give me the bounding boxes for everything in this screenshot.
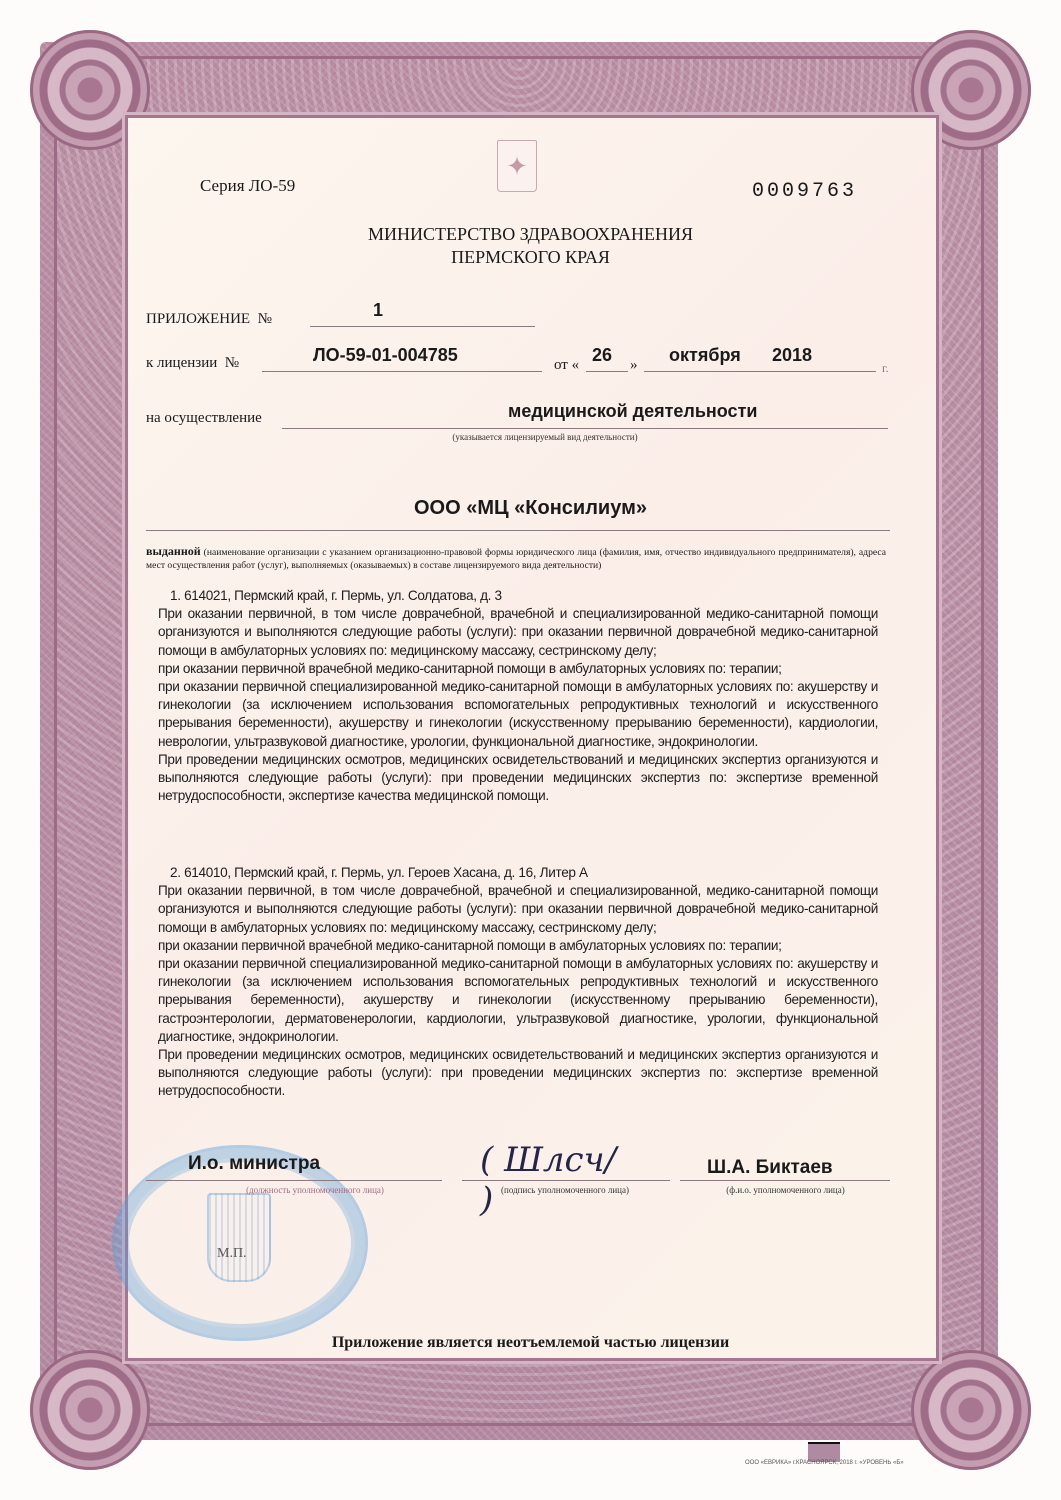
- footer-note: Приложение является неотъемлемой частью …: [0, 1334, 1061, 1352]
- printer-mark: [808, 1442, 840, 1462]
- day-underline: [586, 371, 628, 372]
- activity-label: на осуществление: [146, 410, 262, 427]
- appendix-number: 1: [373, 300, 383, 321]
- signature-underline: [462, 1180, 670, 1181]
- license-number-underline: [262, 371, 542, 372]
- form-number: 0009763: [752, 180, 857, 203]
- day-suffix: »: [630, 357, 638, 374]
- location-paragraph: При проведении медицинских осмотров, мед…: [158, 1046, 878, 1101]
- signatory-name: Ш.А. Биктаев: [707, 1157, 833, 1179]
- location-paragraph: при оказании первичной врачебной медико-…: [158, 937, 878, 955]
- corner-rosette-icon: [911, 1350, 1031, 1470]
- location-paragraph: При проведении медицинских осмотров, мед…: [158, 751, 878, 806]
- ministry-title: МИНИСТЕРСТВО ЗДРАВООХРАНЕНИЯ ПЕРМСКОГО К…: [0, 223, 1061, 269]
- issued-description: выданной (наименование организации с ука…: [146, 545, 886, 572]
- corner-rosette-icon: [30, 1350, 150, 1470]
- signature-hint: (подпись уполномоченного лица): [470, 1185, 660, 1195]
- position-hint: (должность уполномоченного лица): [220, 1185, 410, 1195]
- activity-hint: (указывается лицензируемый вид деятельно…: [380, 432, 710, 442]
- name-underline: [680, 1180, 890, 1181]
- license-number: ЛО-59-01-004785: [313, 345, 458, 366]
- stamp-emblem-icon: [207, 1193, 271, 1282]
- location-paragraph: при оказании первичной врачебной медико-…: [158, 660, 878, 678]
- appendix-underline: [310, 326, 535, 327]
- location-paragraph: при оказании первичной специализированно…: [158, 678, 878, 751]
- month-underline: [644, 371, 876, 372]
- printer-imprint: ООО «ЕВРИКА» г.КРАСНОЯРСК, 2018 г. «УРОВ…: [745, 1460, 904, 1466]
- location-address: 2. 614010, Пермский край, г. Пермь, ул. …: [158, 864, 878, 882]
- organization-name: ООО «МЦ «Консилиум»: [0, 497, 1061, 520]
- license-year: 2018: [772, 345, 812, 366]
- signatory-position: И.о. министра: [188, 1153, 320, 1175]
- activity-value: медицинской деятельности: [508, 401, 757, 422]
- location-1: 1. 614021, Пермский край, г. Пермь, ул. …: [158, 587, 878, 805]
- location-2: 2. 614010, Пермский край, г. Пермь, ул. …: [158, 864, 878, 1101]
- year-suffix: г.: [882, 361, 889, 376]
- license-month: октября: [669, 345, 741, 366]
- date-prefix: от «: [554, 357, 579, 374]
- series-label: Серия ЛО-59: [200, 176, 295, 196]
- license-label: к лицензии №: [146, 355, 239, 372]
- license-day: 26: [592, 345, 612, 366]
- organization-underline: [146, 530, 890, 531]
- location-paragraph: При оказании первичной, в том числе довр…: [158, 882, 878, 937]
- location-paragraph: При оказании первичной, в том числе довр…: [158, 605, 878, 660]
- stamp-label: М.П.: [217, 1246, 247, 1262]
- location-paragraph: при оказании первичной специализированно…: [158, 955, 878, 1046]
- activity-underline: [282, 428, 888, 429]
- coat-of-arms-icon: ✦: [497, 140, 537, 192]
- appendix-label: ПРИЛОЖЕНИЕ №: [146, 311, 272, 328]
- position-underline: [146, 1180, 442, 1181]
- location-address: 1. 614021, Пермский край, г. Пермь, ул. …: [158, 587, 878, 605]
- name-hint: (ф.и.о. уполномоченного лица): [688, 1185, 883, 1195]
